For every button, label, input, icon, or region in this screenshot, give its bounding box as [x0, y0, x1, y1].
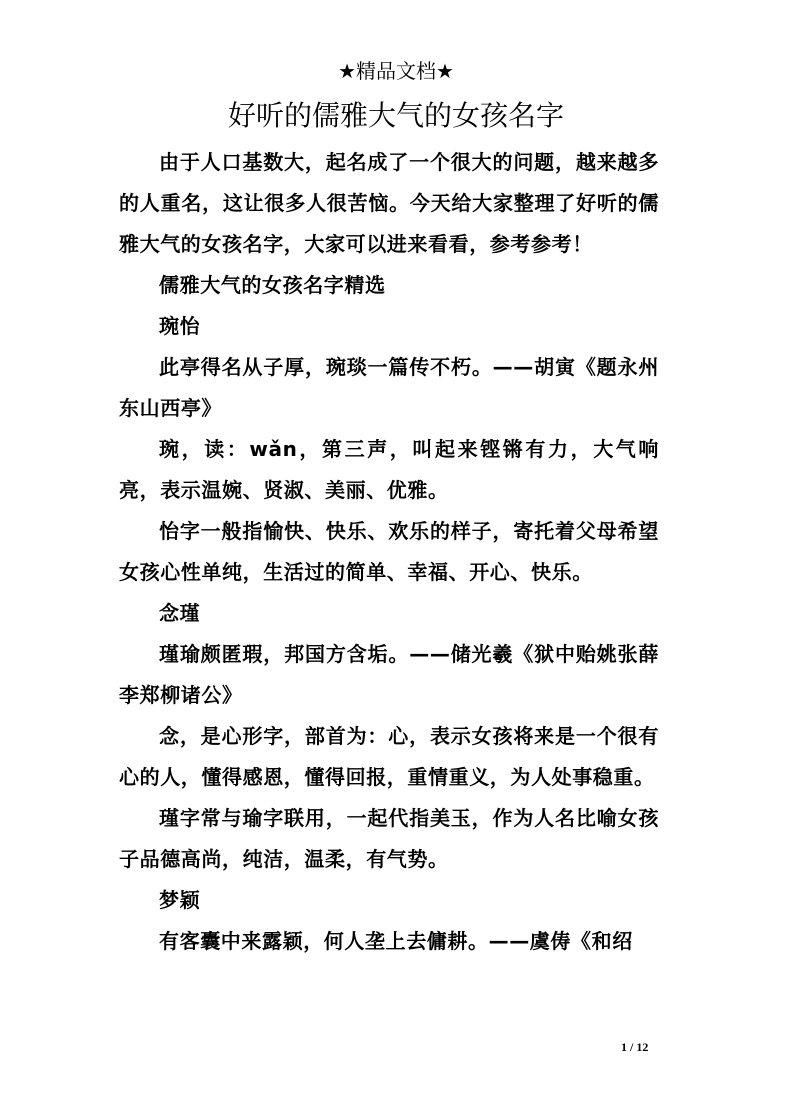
intro-paragraph: 由于人口基数大，起名成了一个很大的问题，越来越多的人重名，这让很多人很苦恼。今天…	[119, 142, 659, 265]
name-explanation: 念，是心形字，部首为：心，表示女孩将来是一个很有心的人，懂得感恩，懂得回报，重情…	[119, 716, 659, 798]
document-title: 好听的儒雅大气的女孩名字	[0, 98, 792, 134]
name-heading-mengying: 梦颖	[119, 880, 659, 921]
quality-doc-header: ★精品文档★	[0, 58, 792, 84]
poem-quote: 有客囊中来露颖，何人垄上去傭耕。——虞俦《和绍	[119, 921, 659, 962]
document-page: ★精品文档★ 好听的儒雅大气的女孩名字 由于人口基数大，起名成了一个很大的问题，…	[0, 0, 792, 1120]
page-number: 1 / 12	[621, 1040, 648, 1055]
name-explanation: 怡字一般指愉快、快乐、欢乐的样子，寄托着父母希望女孩心性单纯，生活过的简单、幸福…	[119, 511, 659, 593]
document-body: 由于人口基数大，起名成了一个很大的问题，越来越多的人重名，这让很多人很苦恼。今天…	[119, 142, 659, 962]
name-explanation: 瑾字常与瑜字联用，一起代指美玉，作为人名比喻女孩子品德高尚，纯洁，温柔，有气势。	[119, 798, 659, 880]
poem-quote: 此亭得名从子厚，琬琰一篇传不朽。——胡寅《题永州东山西亭》	[119, 347, 659, 429]
poem-quote: 瑾瑜颇匿瑕，邦国方含垢。——储光羲《狱中贻姚张薛李郑柳诸公》	[119, 634, 659, 716]
name-explanation: 琬，读：wǎn，第三声，叫起来铿锵有力，大气响亮，表示温婉、贤淑、美丽、优雅。	[119, 429, 659, 511]
name-heading-wanyi: 琬怡	[119, 306, 659, 347]
name-heading-nianjin: 念瑾	[119, 593, 659, 634]
section-heading: 儒雅大气的女孩名字精选	[119, 265, 659, 306]
